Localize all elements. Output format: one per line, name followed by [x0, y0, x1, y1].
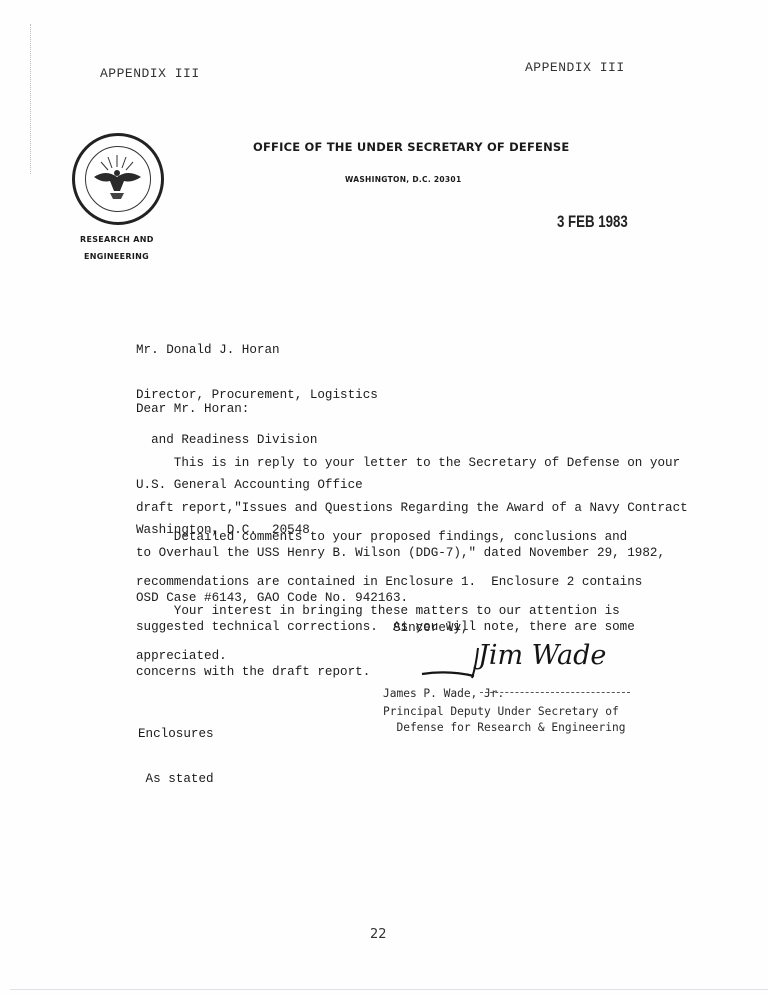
dod-seal-icon	[72, 133, 164, 225]
seal-inner-ring	[85, 146, 151, 212]
page-number: 22	[370, 927, 387, 942]
enclosures-note: As stated	[138, 772, 214, 787]
body-line: Your interest in bringing these matters …	[136, 604, 620, 619]
enclosures-label: Enclosures	[138, 727, 214, 742]
complimentary-close: Sincerely,	[393, 621, 469, 636]
recipient-line: Mr. Donald J. Horan	[136, 343, 378, 358]
office-address: WASHINGTON, D.C. 20301	[345, 175, 461, 184]
department-line-2: ENGINEERING	[84, 252, 149, 261]
appendix-label-left: APPENDIX III	[100, 66, 200, 81]
date-stamp: 3 FEB 1983	[557, 212, 628, 232]
signer-title-line-2: Defense for Research & Engineering	[383, 720, 625, 736]
signature: Jim Wade	[478, 640, 606, 671]
scan-bottom-edge	[10, 989, 768, 990]
salutation: Dear Mr. Horan:	[136, 402, 249, 417]
office-title: OFFICE OF THE UNDER SECRETARY OF DEFENSE	[253, 140, 569, 154]
department-line-1: RESEARCH AND	[80, 235, 154, 244]
body-line: This is in reply to your letter to the S…	[136, 456, 688, 471]
recipient-line: Director, Procurement, Logistics	[136, 388, 378, 403]
signature-rule	[480, 692, 630, 693]
signer-name: James P. Wade, Jr.	[383, 686, 504, 702]
eagle-icon	[86, 147, 149, 210]
body-line: Detailed comments to your proposed findi…	[136, 530, 642, 545]
scan-margin-marks	[30, 24, 34, 174]
enclosures-block: Enclosures As stated	[138, 697, 214, 802]
signer-title-line-1: Principal Deputy Under Secretary of	[383, 704, 619, 720]
appendix-label-right: APPENDIX III	[525, 60, 625, 75]
